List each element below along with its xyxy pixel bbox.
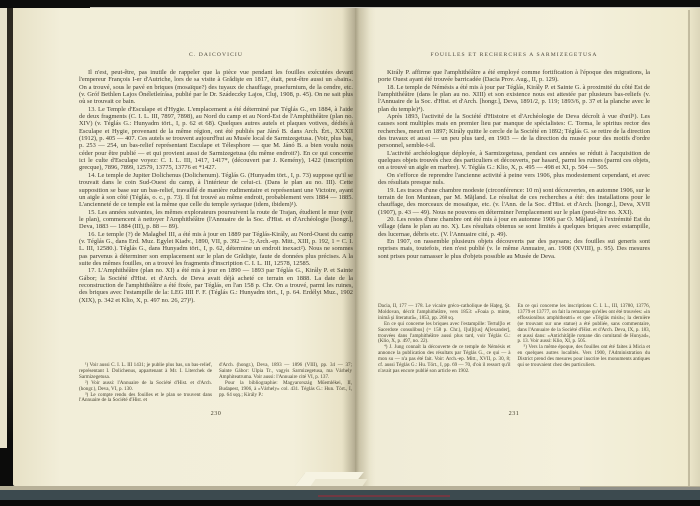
left-body-text: Il n'est, peut-être, pas inutile de rapp… xyxy=(79,69,353,304)
left-page-number: 230 xyxy=(79,410,353,417)
left-footnotes-column-2: d'Arch. (hongr.), Deva, 1893 — 1896 (VII… xyxy=(219,363,352,404)
paragraph-apres-1893: Après 1893, l'activité de la Société d'H… xyxy=(378,113,650,150)
bottom-red-edge-line xyxy=(318,495,450,497)
paragraph-17-amphitheatre: 17. L'Amphithéâtre (plan no. XI) a été m… xyxy=(79,267,353,304)
book-photo: C. DAICOVICIU Il n'est, peut-être, pas i… xyxy=(0,0,700,506)
footnote-2: ²) Voir aussi: l'Annuaire de la Société … xyxy=(79,381,212,393)
footnote-3-continuation: d'Arch. (hongr.), Deva, 1893 — 1896 (VII… xyxy=(219,363,352,381)
left-footnotes: ¹) Voir aussi C. I. L. III 1431; je publ… xyxy=(79,363,353,404)
paragraph-activite-archeologique: L'activité archéologique déployée, à Sar… xyxy=(378,150,650,172)
footnote-inscriptions-cil: En ce qui concerne les inscriptions C. I… xyxy=(518,304,651,345)
left-page-stack-edge xyxy=(0,8,7,448)
paragraph-20-restes-chambre: 20. Les restes d'une chambre ont été mis… xyxy=(378,216,650,238)
right-page: FOUILLES ET RECHERCHES A SARMIZEGETUSA K… xyxy=(355,8,700,488)
right-running-head: FOUILLES ET RECHERCHES A SARMIZEGETUSA xyxy=(378,52,650,58)
paragraph-kiraly-fortification: Király P. affirme que l'amphithéâtre a é… xyxy=(378,69,650,84)
photo-top-border xyxy=(0,0,700,7)
paragraph-intro-bain: Il n'est, peut-être, pas inutile de rapp… xyxy=(79,69,353,106)
left-footnotes-column-1: ¹) Voir aussi C. I. L. III 1431; je publ… xyxy=(79,363,212,404)
footnote-4: ⁴) J. Jung connaît la découverte de ce t… xyxy=(378,345,511,375)
footnote-continuation-dacia: Dacia, II, 177 — 178. Le vicaire gréco-c… xyxy=(378,304,511,322)
photo-bottom-border xyxy=(0,500,700,506)
paragraph-13-temple-esculape: 13. Le Temple d'Esculape et d'Hygie. L'e… xyxy=(79,106,353,172)
footnote-5: ⁵) Vers la même époque, des fouilles ont… xyxy=(518,345,651,369)
footnote-1: ¹) Voir aussi C. I. L. III 1431; je publ… xyxy=(79,363,212,381)
footnote-bibliography: Pour la bibliographie: Magyarország Műem… xyxy=(219,381,352,399)
footnote-briques-estampille: En ce qui concerne les briques avec l'es… xyxy=(378,322,511,346)
paragraph-19-traces-chambre: 19. Les traces d'une chambre modeste (ci… xyxy=(378,187,650,216)
right-footnotes-column-1: Dacia, II, 177 — 178. Le vicaire gréco-c… xyxy=(378,304,511,375)
left-text-block: C. DAICOVICIU Il n'est, peut-être, pas i… xyxy=(79,52,353,304)
paragraph-16-temple-malagbel: 16. Le temple (?) de Malagbel III, a été… xyxy=(79,231,353,268)
paragraph-reprise-1906: On s'efforce de reprendre l'ancienne act… xyxy=(378,172,650,187)
right-body-text: Király P. affirme que l'amphithéâtre a é… xyxy=(378,69,650,260)
right-footnotes-column-2: En ce qui concerne les inscriptions C. I… xyxy=(518,304,651,375)
left-running-head: C. DAICOVICIU xyxy=(79,52,353,58)
footnote-3: ³) Le compte rendu des fouilles et le pl… xyxy=(79,393,212,405)
paragraph-en-1907: En 1907, on rassemble plusieurs objets d… xyxy=(378,238,650,260)
right-footnotes: Dacia, II, 177 — 178. Le vicaire gréco-c… xyxy=(378,304,650,375)
paragraph-15-annees-suivantes: 15. Les années suivantes, les mêmes expl… xyxy=(79,209,353,231)
paragraph-18-temple-nemesis: 18. Le temple de Némésis a été mis à jou… xyxy=(378,84,650,113)
right-page-number: 231 xyxy=(378,410,650,417)
paragraph-14-temple-jupiter-dolichenus: 14. Le temple de Jupiter Dolichenus (Dol… xyxy=(79,172,353,209)
right-page-edge-line xyxy=(688,10,690,486)
right-text-block: FOUILLES ET RECHERCHES A SARMIZEGETUSA K… xyxy=(378,52,650,260)
left-page: C. DAICOVICIU Il n'est, peut-être, pas i… xyxy=(13,8,355,486)
